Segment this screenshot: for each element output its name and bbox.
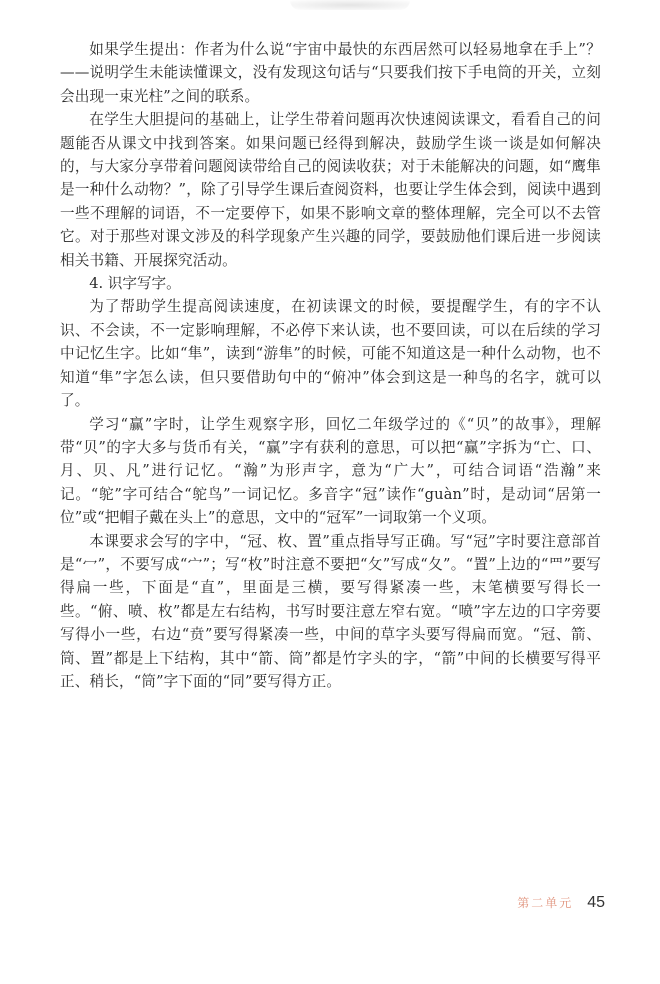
paragraph-writing-guidance: 本课要求会写的字中，“冠、枚、置”重点指导写正确。写“冠”字时要注意部首是“冖”… bbox=[60, 530, 601, 694]
paragraph-character-learning: 学习“赢”字时，让学生观察字形，回忆二年级学过的《“贝”的故事》，理解带“贝”的… bbox=[60, 413, 601, 530]
page-body: 如果学生提出：作者为什么说“宇宙中最快的东西居然可以轻易地拿在手上”？——说明学… bbox=[60, 38, 601, 693]
paragraph-reread-to-find-answers: 在学生大胆提问的基础上，让学生带着问题再次快速阅读课文，看看自己的问题能否从课文… bbox=[60, 108, 601, 272]
page-footer: 第二单元 45 bbox=[517, 894, 605, 912]
scan-artifact bbox=[290, 0, 410, 10]
paragraph-reading-speed: 为了帮助学生提高阅读速度，在初读课文的时候，要提醒学生，有的字不认识、不会读，不… bbox=[60, 295, 601, 412]
paragraph-student-question: 如果学生提出：作者为什么说“宇宙中最快的东西居然可以轻易地拿在手上”？——说明学… bbox=[60, 38, 601, 108]
page-number: 45 bbox=[587, 894, 605, 912]
unit-label: 第二单元 bbox=[517, 894, 573, 911]
section-heading-literacy: 4. 识字写字。 bbox=[60, 272, 601, 295]
